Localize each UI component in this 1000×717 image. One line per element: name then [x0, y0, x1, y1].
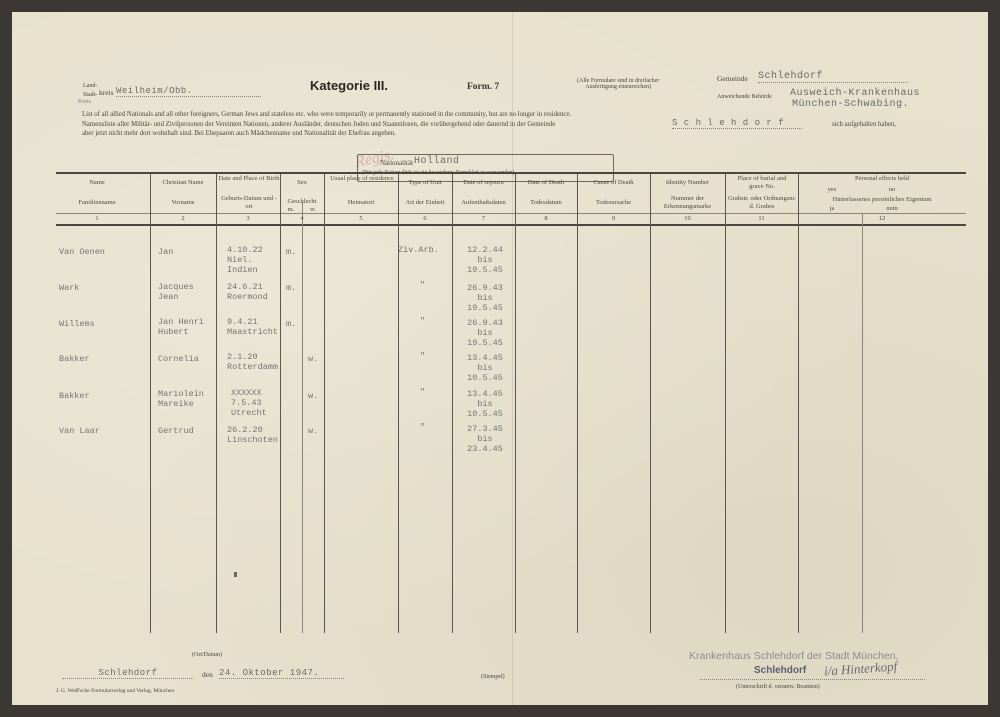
col-header-4-en: Sex: [280, 179, 324, 187]
row2-sojourn: 26.9.43bis19.5.45: [460, 283, 510, 313]
form-number: Form. 7: [467, 82, 499, 92]
col-header-9-en: Cause of Death: [577, 179, 650, 187]
row1-sojourn: 12.2.44bis19.5.45: [460, 245, 510, 275]
row2-given: JacquesJean: [158, 282, 194, 302]
col-divider-10: [725, 174, 726, 633]
table-header-divider: [56, 213, 966, 214]
intro-line-2b: sich aufgehalten haben,: [832, 121, 896, 128]
col-header-10-de: Nummer der Erkennungsmarke: [660, 195, 715, 211]
row6-sojourn: 27.3.45bis23.4.45: [460, 424, 510, 454]
col-divider-7: [515, 174, 516, 633]
gemeinde-label: Gemeinde: [717, 74, 748, 83]
row1-sex-m: m.: [286, 247, 296, 257]
col-divider-1: [150, 174, 151, 633]
row4-given: Cornelia: [158, 354, 199, 364]
col-header-7-en: Date of sojourn: [452, 179, 515, 187]
col-header-12-en: Personal effects held: [798, 175, 966, 183]
col-num-10: 10: [650, 215, 725, 222]
col-num-11: 11: [725, 215, 798, 222]
col-header-3-en: Date and Place of Birth: [218, 175, 280, 183]
row5-sojourn: 13.4.45bis10.5.45: [460, 389, 510, 419]
row4-surname: Bakker: [59, 354, 90, 364]
col-header-1-en: Name: [44, 179, 150, 187]
col-divider-4: [324, 174, 325, 633]
document-page: Land- Stadt- Kreis kreis Weilheim/Obb. K…: [12, 12, 988, 705]
col-header-4-de: Geschlecht: [280, 198, 324, 206]
row4-unit: ": [420, 351, 425, 361]
page-title: Kategorie III.: [310, 78, 388, 93]
col-header-3-de: Geburts-Datum und -ort: [218, 195, 280, 211]
row2-unit: ": [420, 280, 425, 290]
col-header-9-de: Todesursache: [577, 199, 650, 207]
row3-birth: 9.4.21Maastricht: [227, 317, 278, 337]
col-num-4: 4: [280, 215, 324, 222]
landkreis-value: Weilheim/Obb.: [116, 86, 261, 97]
row2-sex-m: m.: [286, 283, 296, 293]
row1-birth: 4.10.22Niel.Indien: [227, 245, 263, 275]
col-divider-3: [280, 174, 281, 633]
col-divider-12-sub: [862, 213, 863, 633]
col-num-2: 2: [150, 215, 216, 222]
col-divider-9: [650, 174, 651, 633]
col-header-2-de: Vorname: [150, 199, 216, 207]
col-header-5-en: Usual place of residence: [326, 175, 398, 183]
row5-given: MarioleinMareike: [158, 389, 204, 409]
signature-line: [700, 679, 925, 680]
hospital-value: Ausweich-Krankenhaus München-Schwabing.: [790, 88, 920, 110]
row6-surname: Van Laar: [59, 426, 100, 436]
kreis-mark: Kreis: [78, 99, 91, 105]
ink-speck: [234, 572, 237, 577]
hospital-line2: München-Schwabing.: [790, 99, 920, 110]
col-header-12-no: no: [862, 186, 922, 194]
row3-unit: ": [420, 316, 425, 326]
row1-surname: Van Oenen: [59, 247, 105, 257]
col-header-8-de: Todesdatum: [515, 199, 577, 207]
row2-surname: Wark: [59, 283, 79, 293]
col-header-11-de: Grabstr. oder Ordnungsnr. d. Grabes: [728, 195, 796, 211]
col-num-6: 6: [398, 215, 452, 222]
col-divider-8: [577, 174, 578, 633]
table-header-bottom: [56, 224, 966, 226]
row5-unit: ": [420, 387, 425, 397]
row5-sex-w: w.: [308, 391, 318, 401]
row4-birth: 2.1.20Rotterdamm: [227, 352, 278, 372]
landkreis-suffix: kreis: [99, 88, 114, 97]
gemeinde-value: Schlehdorf: [758, 71, 908, 83]
landkreis-label-bottom: Stadt-: [83, 92, 97, 98]
row4-sex-w: w.: [308, 354, 318, 364]
stamp-line-2: Schlehdorf: [754, 665, 806, 676]
row3-sojourn: 26.9.43bis19.5.45: [460, 318, 510, 348]
col-header-12-nein: nein: [862, 205, 922, 213]
col-header-11-en: Place of burial and grave No.: [730, 175, 794, 191]
col-header-6-en: Type of Unit: [398, 179, 452, 187]
nationality-label: Nationalität: [380, 159, 413, 167]
stamp-label: (Stempel): [481, 674, 505, 680]
place-date-label: (Ort/Datum): [192, 652, 222, 658]
signature-label: (Unterschrift d. verantw. Beamten): [736, 684, 820, 690]
col-header-1-de: Familienname: [44, 199, 150, 207]
row5-birth: XXXXXX7.5.43Utrecht: [231, 388, 267, 418]
col-num-1: 1: [44, 215, 150, 222]
row6-unit: ": [420, 422, 425, 432]
row6-sex-w: w.: [308, 426, 318, 436]
intro-gemeinde: S c h l e h d o r f: [672, 118, 802, 129]
printer-imprint: J. G. Weiß'sche Formularverlag und Verla…: [56, 688, 174, 694]
col-header-8-en: Date of Death: [515, 179, 577, 187]
intro-line-2a: Namensliste aller Militär- und Zivilpers…: [82, 121, 555, 128]
col-header-2-en: Christian Name: [150, 179, 216, 187]
place-value: Schlehdorf: [62, 668, 194, 679]
row6-given: Gertrud: [158, 426, 194, 436]
row1-unit: Ziv.Arb.: [398, 245, 439, 255]
col-num-3: 3: [216, 215, 280, 222]
hospital-line1: Ausweich-Krankenhaus: [790, 88, 920, 99]
den-label: den: [202, 670, 213, 679]
row5-surname: Bakker: [59, 391, 90, 401]
col-divider-11: [798, 174, 799, 633]
col-header-4-m: m.: [280, 206, 302, 214]
col-header-12-yes: yes: [802, 186, 862, 194]
row6-birth: 26.2.20Linschoten: [227, 425, 278, 445]
col-num-8: 8: [515, 215, 577, 222]
row3-surname: Willems: [59, 319, 95, 329]
col-header-7-de: Aufenthaltsdaten: [452, 199, 515, 207]
col-header-12-de: Hinterlassenes persönliches Eigentum: [798, 196, 966, 204]
hospital-label: Anweichende Behörde: [717, 94, 772, 100]
col-num-5: 5: [324, 215, 398, 222]
nationality-value: Holland: [414, 156, 460, 167]
intro-line-1: List of all allied Nationals and all oth…: [82, 111, 571, 118]
date-value: 24. Oktober 1947.: [219, 668, 344, 679]
row2-birth: 24.6.21Roermond: [227, 282, 268, 302]
col-header-4-w: w.: [302, 206, 324, 214]
table-top-rule: [56, 172, 966, 174]
col-num-9: 9: [577, 215, 650, 222]
row3-sex-m: m.: [286, 319, 296, 329]
col-header-6-de: Art der Einheit: [398, 199, 452, 207]
row1-given: Jan: [158, 247, 173, 257]
form-note-line2: Ausfertigung einzureichen): [577, 84, 659, 90]
col-num-7: 7: [452, 215, 515, 222]
col-divider-2: [216, 174, 217, 633]
form-note: (Alle Formulare sind in dreifacher Ausfe…: [577, 78, 659, 90]
col-divider-6: [452, 174, 453, 633]
col-divider-5: [398, 174, 399, 633]
row4-sojourn: 13.4.45bis10.5.45: [460, 353, 510, 383]
col-header-12-ja: ja: [802, 205, 862, 213]
landkreis-label-top: Land-: [83, 83, 97, 89]
col-divider-sex: [302, 202, 303, 633]
col-num-12: 12: [798, 215, 966, 222]
row3-given: Jan HenriHubert: [158, 317, 204, 337]
col-header-5-de: Heimatort: [324, 199, 398, 207]
col-header-10-en: Identity Number: [650, 179, 725, 187]
intro-line-3: aber jetzt nicht mehr dort wohnhaft sind…: [82, 130, 396, 137]
